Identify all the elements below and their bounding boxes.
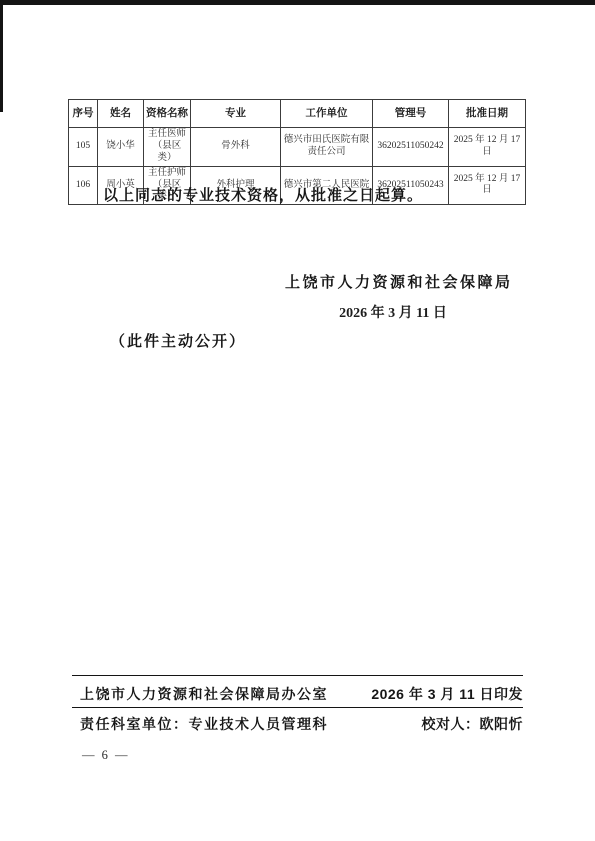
table-header-row: 序号 姓名 资格名称 专业 工作单位 管理号 批准日期 [69, 100, 526, 128]
page-number: — 6 — [82, 748, 130, 763]
header-work-unit: 工作单位 [281, 100, 373, 128]
cell-mgmt-no: 36202511050242 [373, 128, 449, 167]
header-major: 专业 [191, 100, 281, 128]
cell-approve-date: 2025 年 12 月 17 日 [449, 128, 526, 167]
cell-name: 饶小华 [98, 128, 144, 167]
header-name: 姓名 [98, 100, 144, 128]
footer-issuer-line: 上饶市人力资源和社会保障局办公室 2026 年 3 月 11 日印发 [80, 684, 523, 704]
header-approve-date: 批准日期 [449, 100, 526, 128]
footer-responsible-dept: 责任科室单位：专业技术人员管理科 [80, 714, 328, 734]
body-statement: 以上同志的专业技术资格，从批准之日起算。 [103, 184, 423, 205]
cell-seq: 105 [69, 128, 98, 167]
signature-date: 2026 年 3 月 11 日 [333, 302, 453, 322]
document-page: 序号 姓名 资格名称 专业 工作单位 管理号 批准日期 105 饶小华 主任医师… [0, 0, 595, 841]
header-qualification: 资格名称 [144, 100, 191, 128]
cell-work-unit: 德兴市田氏医院有限责任公司 [281, 128, 373, 167]
cell-qualification: 主任医师 （县区类） [144, 128, 191, 167]
footer-proofreader: 校对人：欧阳忻 [422, 714, 524, 734]
cell-approve-date: 2025 年 12 月 17 日 [449, 166, 526, 205]
table-row: 105 饶小华 主任医师 （县区类） 骨外科 德兴市田氏医院有限责任公司 362… [69, 128, 526, 167]
footer-rule-middle [72, 707, 523, 708]
footer-print-date: 2026 年 3 月 11 日印发 [371, 684, 523, 704]
signature-organization: 上饶市人力资源和社会保障局 [285, 271, 513, 292]
scan-artifact-left-edge [0, 0, 3, 112]
header-mgmt-no: 管理号 [373, 100, 449, 128]
footer-office: 上饶市人力资源和社会保障局办公室 [80, 684, 328, 704]
cell-seq: 106 [69, 166, 98, 205]
footer-dept-line: 责任科室单位：专业技术人员管理科 校对人：欧阳忻 [80, 714, 523, 734]
footer-rule-top [72, 675, 523, 676]
cell-major: 骨外科 [191, 128, 281, 167]
header-seq: 序号 [69, 100, 98, 128]
disclosure-note: （此件主动公开） [110, 330, 246, 351]
scan-artifact-top-edge [0, 0, 595, 5]
